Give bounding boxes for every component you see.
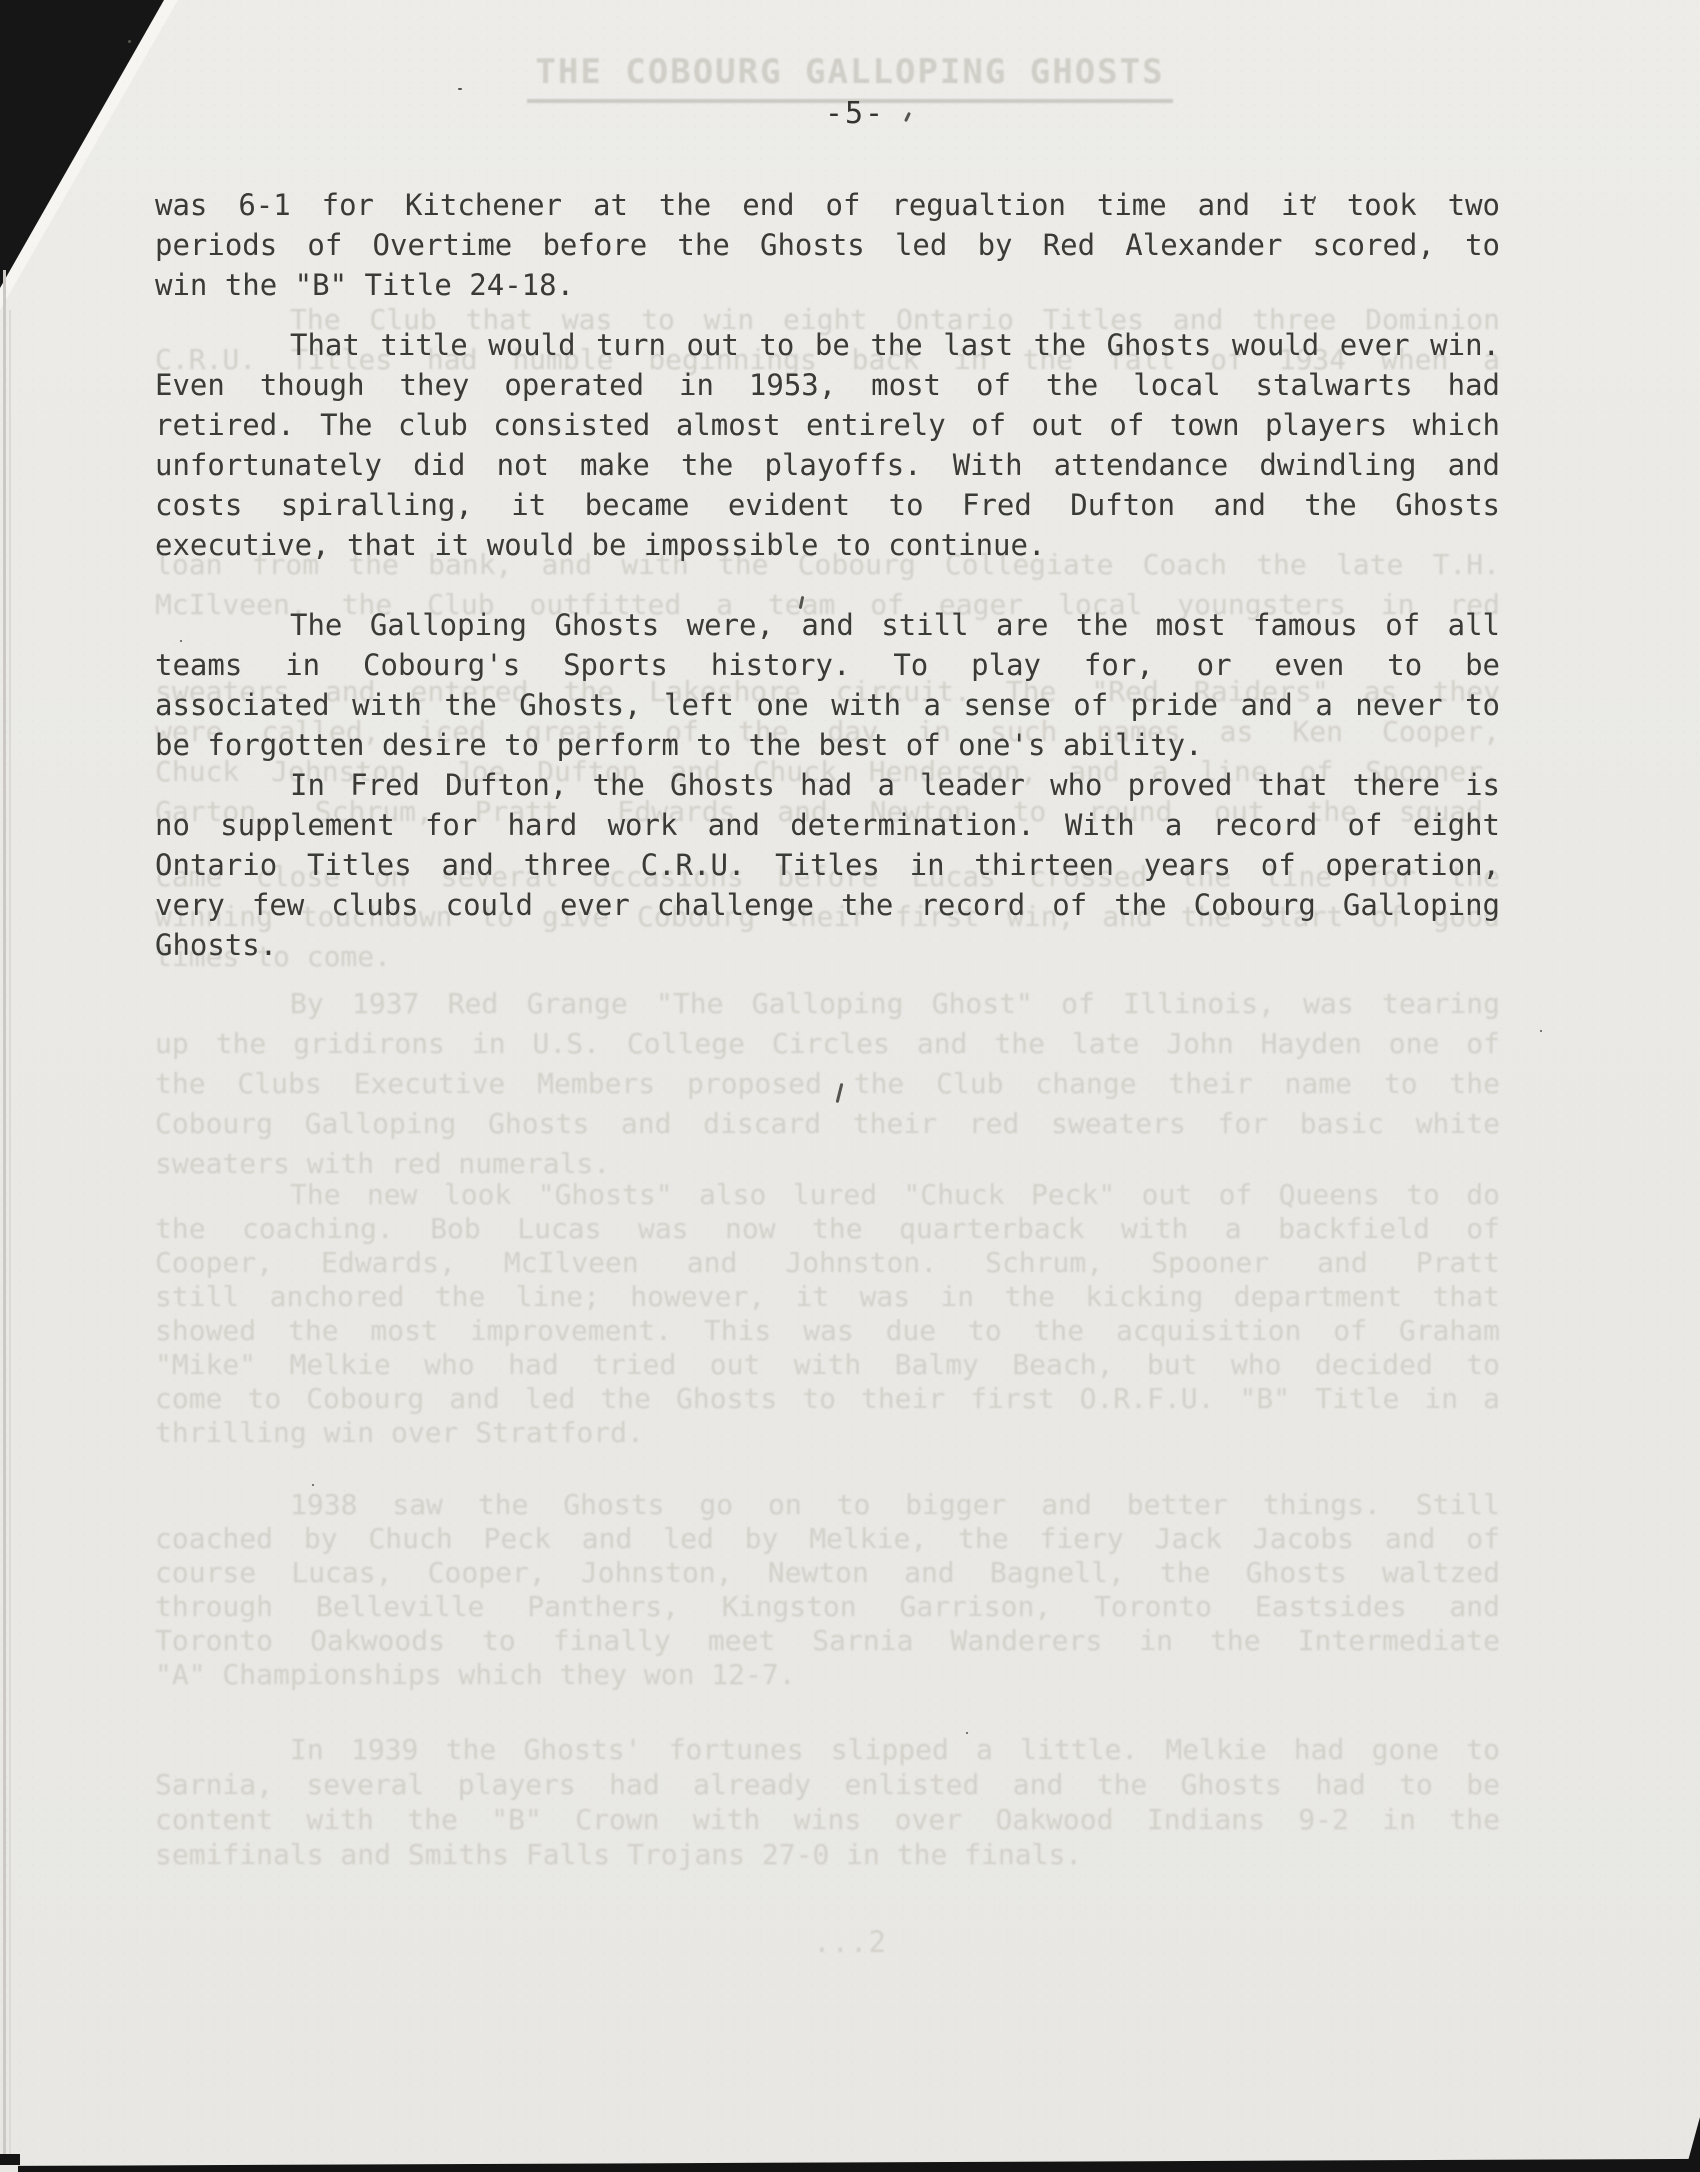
ghost-paragraph: 1938 saw the Ghosts go on to bigger and … xyxy=(155,1488,1500,1692)
text-line: Cooper, Edwards, McIlveen and Johnston. … xyxy=(155,1246,1500,1280)
text-line: periods of Overtime before the Ghosts le… xyxy=(155,225,1500,265)
dust-speck xyxy=(312,1484,314,1486)
text-line: associated with the Ghosts, left one wit… xyxy=(155,685,1500,725)
text-line: Cobourg Galloping Ghosts and discard the… xyxy=(155,1104,1500,1144)
text-line: no supplement for hard work and determin… xyxy=(155,805,1500,845)
scanner-backing-bottom-nub xyxy=(0,2154,20,2165)
text-line: By 1937 Red Grange "The Galloping Ghost"… xyxy=(155,984,1500,1024)
text-line: up the gridirons in U.S. College Circles… xyxy=(155,1024,1500,1064)
text-line: content with the "B" Crown with wins ove… xyxy=(155,1802,1500,1837)
paper-left-edge-line-2 xyxy=(9,310,11,2154)
dust-speck xyxy=(458,88,462,90)
dust-speck xyxy=(128,40,131,43)
scanned-document-page: THE COBOURG GALLOPING GHOSTS The Club th… xyxy=(0,0,1700,2172)
text-line: unfortunately did not make the playoffs.… xyxy=(155,445,1500,485)
text-line: Ontario Titles and three C.R.U. Titles i… xyxy=(155,845,1500,885)
paragraph: The Galloping Ghosts were, and still are… xyxy=(155,605,1500,765)
text-line: Sarnia, several players had already enli… xyxy=(155,1767,1500,1802)
text-line: through Belleville Panthers, Kingston Ga… xyxy=(155,1590,1500,1624)
text-line: still anchored the line; however, it was… xyxy=(155,1280,1500,1314)
text-line: showed the most improvement. This was du… xyxy=(155,1314,1500,1348)
text-line: In Fred Dufton, the Ghosts had a leader … xyxy=(155,765,1500,805)
text-line: teams in Cobourg's Sports history. To pl… xyxy=(155,645,1500,685)
paragraph: That title would turn out to be the last… xyxy=(155,325,1500,565)
text-line: semifinals and Smiths Falls Trojans 27-0… xyxy=(155,1837,1500,1872)
text-line: be forgotten desire to perform to the be… xyxy=(155,725,1500,765)
dust-speck xyxy=(966,1732,968,1734)
dust-speck xyxy=(1540,1030,1542,1032)
text-line: win the "B" Title 24-18. xyxy=(155,265,1500,305)
text-line: 1938 saw the Ghosts go on to bigger and … xyxy=(155,1488,1500,1522)
text-line: course Lucas, Cooper, Johnston, Newton a… xyxy=(155,1556,1500,1590)
text-line: Ghosts. xyxy=(155,925,1500,965)
paragraph: was 6-1 for Kitchener at the end of regu… xyxy=(155,185,1500,305)
ghost-paragraph: The new look "Ghosts" also lured "Chuck … xyxy=(155,1178,1500,1450)
dust-speck xyxy=(180,640,182,642)
text-line: The Galloping Ghosts were, and still are… xyxy=(155,605,1500,645)
text-line: thrilling win over Stratford. xyxy=(155,1416,1500,1450)
text-line: very few clubs could ever challenge the … xyxy=(155,885,1500,925)
text-line: executive, that it would be impossible t… xyxy=(155,525,1500,565)
text-line: coached by Chuch Peck and led by Melkie,… xyxy=(155,1522,1500,1556)
text-line: "A" Championships which they won 12-7. xyxy=(155,1658,1500,1692)
text-line: That title would turn out to be the last… xyxy=(155,325,1500,365)
text-line: the Clubs Executive Members proposed the… xyxy=(155,1064,1500,1104)
text-line: Toronto Oakwoods to finally meet Sarnia … xyxy=(155,1624,1500,1658)
page-number: -5- xyxy=(5,96,1700,131)
text-line: "Mike" Melkie who had tried out with Bal… xyxy=(155,1348,1500,1382)
paper-left-edge-line xyxy=(3,270,6,2156)
text-line: In 1939 the Ghosts' fortunes slipped a l… xyxy=(155,1732,1500,1767)
text-line: The new look "Ghosts" also lured "Chuck … xyxy=(155,1178,1500,1212)
ghost-page-footer: ...2 xyxy=(0,1925,1700,1959)
text-line: retired. The club consisted almost entir… xyxy=(155,405,1500,445)
text-line: costs spiralling, it became evident to F… xyxy=(155,485,1500,525)
text-line: was 6-1 for Kitchener at the end of regu… xyxy=(155,185,1500,225)
ghost-paragraph: In 1939 the Ghosts' fortunes slipped a l… xyxy=(155,1732,1500,1872)
text-line: come to Cobourg and led the Ghosts to th… xyxy=(155,1382,1500,1416)
text-line: the coaching. Bob Lucas was now the quar… xyxy=(155,1212,1500,1246)
text-line: Even though they operated in 1953, most … xyxy=(155,365,1500,405)
paragraph: In Fred Dufton, the Ghosts had a leader … xyxy=(155,765,1500,965)
ghost-paragraph: By 1937 Red Grange "The Galloping Ghost"… xyxy=(155,984,1500,1184)
